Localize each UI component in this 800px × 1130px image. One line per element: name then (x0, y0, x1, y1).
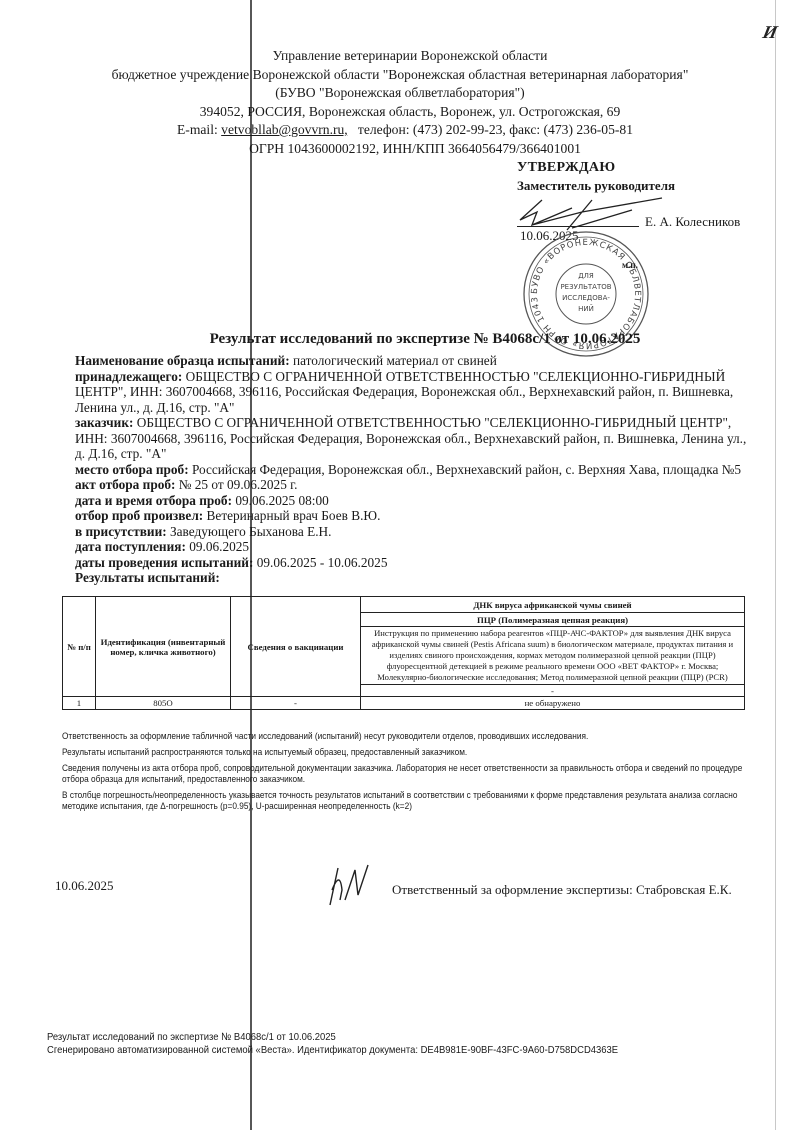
responsible-person: Ответственный за оформление экспертизы: … (392, 882, 732, 898)
header-contacts: E-mail: vetvobllab@govvrn.ru, телефон: (… (0, 121, 800, 140)
info-sampling-place: место отбора проб: Российская Федерация,… (75, 462, 755, 478)
signoff-date: 10.06.2025 (55, 878, 114, 894)
info-received-date: дата поступления: 09.06.2025 (75, 539, 755, 555)
header-short-name: (БУВО "Воронежская облветлаборатория") (0, 84, 800, 103)
header-authority: Управление ветеринарии Воронежской облас… (0, 47, 800, 66)
info-test-dates: даты проведения испытаний: 09.06.2025 - … (75, 555, 755, 571)
header-vaccination: Сведения о вакцинации (231, 597, 361, 697)
sample-info: Наименование образца испытаний: патологи… (75, 353, 755, 586)
info-owner: принадлежащего: ОБЩЕСТВО С ОГРАНИЧЕННОЙ … (75, 369, 755, 416)
stamp-inner-3: ИССЛЕДОВА- (562, 294, 610, 302)
cell-number: 1 (63, 697, 96, 710)
info-witness: в присутствии: Заведующего Быханова Е.Н. (75, 524, 755, 540)
info-sample-name: Наименование образца испытаний: патологи… (75, 353, 755, 369)
email-link[interactable]: vetvobllab@govvrn.ru, (221, 122, 348, 137)
approval-title: УТВЕРЖДАЮ (517, 160, 675, 176)
footer-reference: Результат исследований по экспертизе № В… (47, 1031, 618, 1044)
note-scope: Результаты испытаний распространяются то… (62, 747, 683, 758)
header-method: Инструкция по применению набора реагенто… (361, 627, 745, 685)
cell-result: не обнаружено (361, 697, 745, 710)
header-address: 394052, РОССИЯ, Воронежская область, Вор… (0, 103, 800, 122)
header-organization: бюджетное учреждение Воронежской области… (0, 66, 800, 85)
cell-vaccination: - (231, 697, 361, 710)
stamp-inner-2: РЕЗУЛЬТАТОВ (560, 283, 611, 291)
note-responsibility: Ответственность за оформление табличной … (62, 731, 683, 742)
note-source: Сведения получены из акта отбора проб, с… (62, 763, 746, 785)
header-identification: Идентификация (инвентарный номер, кличка… (96, 597, 231, 697)
document-footer: Результат исследований по экспертизе № В… (47, 1031, 682, 1057)
header-target: ДНК вируса африканской чумы свиней (361, 597, 745, 613)
scan-artifact-line-right (775, 0, 776, 1130)
info-customer: заказчик: ОБЩЕСТВО С ОГРАНИЧЕННОЙ ОТВЕТС… (75, 415, 755, 462)
stamp-inner-4: НИЙ (578, 304, 594, 313)
notes-section: Ответственность за оформление табличной … (62, 731, 752, 817)
phone-fax: телефон: (473) 202-99-23, факс: (473) 23… (358, 122, 633, 137)
stamp-inner-1: ДЛЯ (578, 272, 594, 280)
cell-identification: 805О (96, 697, 231, 710)
results-table: № п/п Идентификация (инвентарный номер, … (62, 596, 745, 710)
document-title: Результат исследований по экспертизе № В… (0, 331, 800, 348)
responsible-signature-icon (320, 860, 380, 910)
header-registration: ОГРН 1043600002192, ИНН/КПП 3664056479/3… (0, 140, 800, 159)
header-number: № п/п (63, 597, 96, 697)
info-sampling-act: акт отбора проб: № 25 от 09.06.2025 г. (75, 477, 755, 493)
header-unit: - (361, 685, 745, 697)
footer-generated-by: Сгенерировано автоматизированной системо… (47, 1044, 618, 1057)
approval-block: УТВЕРЖДАЮ Заместитель руководителя (517, 160, 675, 194)
table-header-row-1: № п/п Идентификация (инвентарный номер, … (63, 597, 745, 613)
organization-header: Управление ветеринарии Воронежской облас… (0, 47, 800, 158)
info-sampling-datetime: дата и время отбора проб: 09.06.2025 08:… (75, 493, 755, 509)
table-row: 1 805О - не обнаружено (63, 697, 745, 710)
email-label: E-mail: (177, 122, 218, 137)
info-sampled-by: отбор проб произвел: Ветеринарный врач Б… (75, 508, 755, 524)
info-results-heading: Результаты испытаний: (75, 570, 755, 586)
handwritten-corner-mark: И (761, 22, 779, 43)
stamp-place-label: м.п. (622, 260, 638, 270)
note-uncertainty: В столбце погрешность/неопределенность у… (62, 790, 746, 812)
header-test-type: ПЦР (Полимеразная цепная реакция) (361, 613, 745, 627)
